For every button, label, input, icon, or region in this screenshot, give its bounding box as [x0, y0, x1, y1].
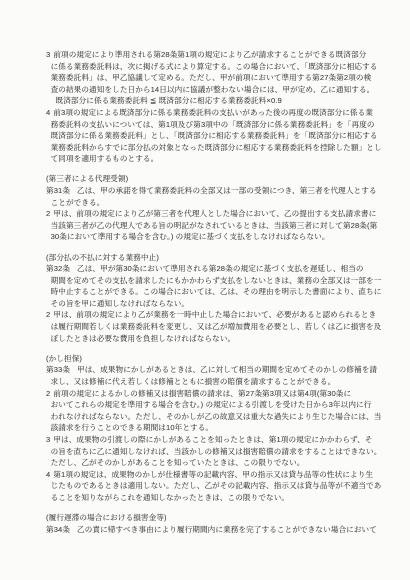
text-line: ただし、乙がそのかしがあることを知っていたときは、この限りでない。 — [46, 457, 370, 469]
numbered-clause: 3前項の規定により準用される第28条第1項の規定により乙が請求することができる既… — [46, 49, 370, 95]
text-line: (第三者による代理受領) — [46, 173, 370, 185]
text-line: (部分払の不払に対する業務中止) — [46, 252, 370, 264]
article-clause: 第32条乙は、甲が第30条において準用される第28条の規定に基づく支払を遅延し、… — [46, 263, 370, 309]
section-heading: (部分払の不払に対する業務中止) — [46, 252, 370, 264]
text-line: 3前項の規定により準用される第28条第1項の規定により乙が請求することができる既… — [46, 49, 370, 61]
text-line: 当該第三者が乙の代理人である旨の明記がなされているときは、当該第三者に対して第2… — [46, 220, 370, 232]
text-line: (履行遅滞の場合における損害金等) — [46, 512, 370, 524]
numbered-clause: 4第1項の規定は、成果物のかしが仕様書等の記載内容、甲の指示又は貸与品等の性状に… — [46, 469, 370, 504]
clause-text: 前3項の規定による既済部分に係る業務委託料の支払いがあった後の再度の既済部分に係… — [53, 108, 373, 117]
clause-number: 第34条 — [46, 525, 70, 534]
text-line: の旨を直ちに乙に通知しなければ、当該かしの修補又は損害賠償の請求をすることはでき… — [46, 446, 370, 458]
text-line: 4前3項の規定による既済部分に係る業務委託料の支払いがあった後の再度の既済部分に… — [46, 107, 370, 119]
text-line: 既済部分に係る業務委託料」とし、「既済部分に相応する業務委託料」を「既済部分に相… — [46, 130, 370, 142]
text-line: 務委託料の支払いについては、第1項及び第3項中の「既済部分に係る業務委託料」を「… — [46, 119, 370, 131]
text-line: 期間を定めてその支払を請求したにもかかわらず支払をしないときは、業務の全部又は一… — [46, 275, 370, 287]
text-line: 第32条乙は、甲が第30条において準用される第28条の規定に基づく支払を遅延し、… — [46, 263, 370, 275]
clause-number: 第33条 — [46, 365, 70, 374]
text-line: 2甲は、前項の規定により乙が業務を一時中止した場合において、必要があると認められ… — [46, 309, 370, 321]
clause-number: 2 — [46, 310, 50, 319]
text-line: 3甲は、成果物の引渡しの際にかしがあることを知ったときは、第1項の規定にかかわら… — [46, 434, 370, 446]
numbered-clause: 2甲は、前項の規定により乙が第三者を代理人とした場合において、乙の提出する支払請… — [46, 208, 370, 243]
clause-text: 甲は、成果物の引渡しの際にかしがあることを知ったときは、第1項の規定にかかわらず… — [53, 435, 372, 444]
text-line: 30条において準用する場合を含む。) の規定に基づく支払をしなければならない。 — [46, 231, 370, 243]
text-column: 3前項の規定により準用される第28条第1項の規定により乙が請求することができる既… — [46, 49, 370, 535]
text-line: に係る業務委託料は、次に掲げる式により算定する。この場合において、「既済部分に相… — [46, 61, 370, 73]
clause-text: 甲は、前項の規定により乙が業務を一時中止した場合において、必要があると認められる… — [53, 310, 376, 319]
numbered-clause: 2甲は、前項の規定により乙が業務を一時中止した場合において、必要があると認められ… — [46, 309, 370, 344]
clause-text: 前項の規定により準用される第28条第1項の規定により乙が請求することができる既済… — [53, 50, 366, 59]
text-line: われなければならない。ただし、そのかしが乙の故意又は重大な過失により生じた場合に… — [46, 411, 370, 423]
text-line: 求し、又は修補に代え若しくは修補とともに損害の賠償を請求することができる。 — [46, 376, 370, 388]
text-line: おいてこれらの規定を準用する場合を含む。) の規定による引渡しを受けた日から3年… — [46, 399, 370, 411]
document-page: 3前項の規定により準用される第28条第1項の規定により乙が請求することができる既… — [0, 0, 410, 580]
text-line: 第33条甲は、成果物にかしがあるときは、乙に対して相当の期間を定めてそのかしの修… — [46, 364, 370, 376]
article-clause: 第31条乙は、甲の承諾を得て業務委託料の全部又は一部の受領につき、第三者を代理人… — [46, 185, 370, 208]
clause-number: 2 — [46, 209, 50, 218]
clause-number: 第32条 — [46, 264, 70, 273]
text-line: ことができる。 — [46, 197, 370, 209]
clause-number: 2 — [46, 389, 50, 398]
text-line: 2前項の規定によるかしの修補又は損害賠償の請求は、第27条第3項又は第4項(第3… — [46, 388, 370, 400]
formula-block: 既済部分に係る業務委託料 ≦ 既済部分に相応する業務委託料×0.9 — [46, 95, 370, 107]
clause-text: 乙は、甲が第30条において準用される第28条の規定に基づく支払を遅延し、相当の — [77, 264, 364, 273]
text-line: その旨を甲に通知しなければならない。 — [46, 298, 370, 310]
text-line: (かし担保) — [46, 353, 370, 365]
clause-text: 乙の責に帰すべき事由により履行期間内に業務を完了することができない場合において — [77, 525, 377, 534]
text-line: 第34条乙の責に帰すべき事由により履行期間内に業務を完了することができない場合に… — [46, 524, 370, 536]
numbered-clause: 3甲は、成果物の引渡しの際にかしがあることを知ったときは、第1項の規定にかかわら… — [46, 434, 370, 469]
clause-text: 甲は、前項の規定により乙が第三者を代理人とした場合において、乙の提出する支払請求… — [53, 209, 376, 218]
article-clause: 第33条甲は、成果物にかしがあるときは、乙に対して相当の期間を定めてそのかしの修… — [46, 364, 370, 387]
article-clause: 第34条乙の責に帰すべき事由により履行期間内に業務を完了することができない場合に… — [46, 524, 370, 536]
section-heading: (第三者による代理受領) — [46, 173, 370, 185]
clause-number: 4 — [46, 108, 50, 117]
text-line: 時中止することができる。この場合においては、乙は、その理由を明示した書面により、… — [46, 286, 370, 298]
text-line: ぼしたときは必要な費用を負担しなければならない。 — [46, 333, 370, 345]
text-line: 該請求を行うことのできる期間は10年とする。 — [46, 422, 370, 434]
numbered-clause: 4前3項の規定による既済部分に係る業務委託料の支払いがあった後の再度の既済部分に… — [46, 107, 370, 165]
text-line: て同項を適用するものとする。 — [46, 153, 370, 165]
text-line: 4第1項の規定は、成果物のかしが仕様書等の記載内容、甲の指示又は貸与品等の性状に… — [46, 469, 370, 481]
clause-number: 第31条 — [46, 186, 70, 195]
section-heading: (かし担保) — [46, 353, 370, 365]
text-line: は履行期間若しくは業務委託料を変更し、又は乙が増加費用を必要とし、若しくは乙に損… — [46, 321, 370, 333]
text-line: じたものであるときは適用しない。ただし、乙がその記載内容、指示又は貸与品等が不適… — [46, 480, 370, 492]
numbered-clause: 2前項の規定によるかしの修補又は損害賠償の請求は、第27条第3項又は第4項(第3… — [46, 388, 370, 434]
clause-number: 3 — [46, 50, 50, 59]
clause-text: 甲は、成果物にかしがあるときは、乙に対して相当の期間を定めてそのかしの修補を請 — [77, 365, 377, 374]
text-line: 既済部分に係る業務委託料 ≦ 既済部分に相応する業務委託料×0.9 — [46, 95, 370, 107]
text-line: 2甲は、前項の規定により乙が第三者を代理人とした場合において、乙の提出する支払請… — [46, 208, 370, 220]
clause-number: 3 — [46, 435, 50, 444]
section-heading: (履行遅滞の場合における損害金等) — [46, 512, 370, 524]
clause-number: 4 — [46, 470, 50, 479]
clause-text: 前項の規定によるかしの修補又は損害賠償の請求は、第27条第3項又は第4項(第30… — [53, 389, 351, 398]
text-line: 第31条乙は、甲の承諾を得て業務委託料の全部又は一部の受領につき、第三者を代理人… — [46, 185, 370, 197]
clause-text: 乙は、甲の承諾を得て業務委託料の全部又は一部の受領につき、第三者を代理人とする — [77, 186, 377, 195]
text-line: 査の結果の通知をした日から14日以内に協議が整わない場合には、甲が定め、乙に通知… — [46, 84, 370, 96]
clause-text: 第1項の規定は、成果物のかしが仕様書等の記載内容、甲の指示又は貸与品等の性状によ… — [53, 470, 373, 479]
text-line: 業務委託料からすでに部分払の対象となった既済部分に相応する業務委託料を控除した額… — [46, 142, 370, 154]
text-line: ることを知りながらこれを通知しなかったときは、この限りでない。 — [46, 492, 370, 504]
text-line: 業務委託料」は、甲乙協議して定める。ただし、甲が前項において準用する第27条第2… — [46, 72, 370, 84]
